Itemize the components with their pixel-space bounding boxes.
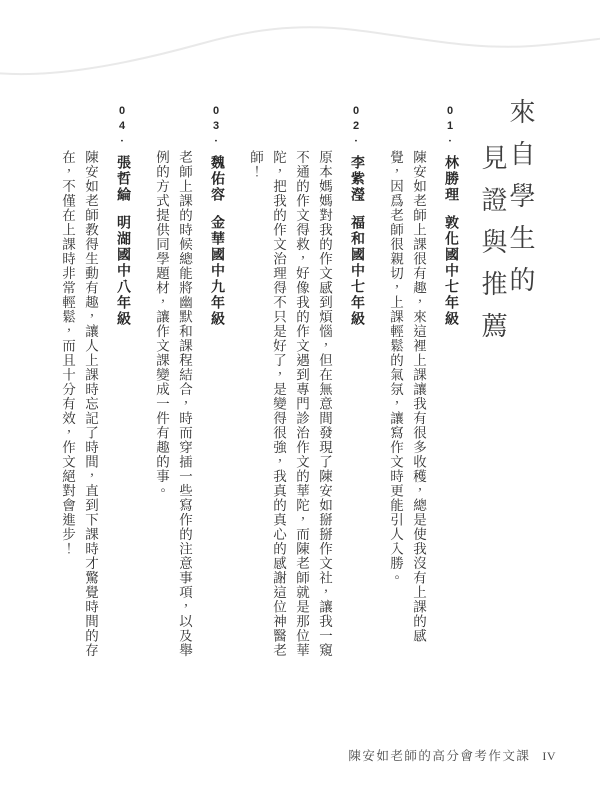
entry-01-header: 01·林勝理敦化國中七年級	[441, 105, 459, 740]
entry-01-separator: ·	[444, 135, 456, 149]
title-line-1: 來自學生的	[506, 98, 534, 740]
entry-04-header: 04·張哲綸明湖國中八年級	[113, 105, 131, 740]
entry-04-school: 明湖國中八年級	[113, 215, 131, 327]
entry-02-text: 原本媽媽對我的作文感到煩惱，但在無意間發現了陳安如掰掰作文社，讓我一窺不通的作文…	[244, 150, 336, 668]
entry-03-school: 金華國中九年級	[207, 215, 225, 327]
entry-01-school: 敦化國中七年級	[441, 215, 459, 327]
entry-02-number: 02	[350, 105, 362, 135]
testimonial-entry-01: 01·林勝理敦化國中七年級 陳安如老師上課很有趣，來這裡上課讓我有很多收穫，總是…	[384, 98, 459, 740]
entry-03-header: 03·魏佑容金華國中九年級	[207, 105, 225, 740]
title-line-2: 見證與推薦	[478, 144, 506, 740]
entry-04-text: 陳安如老師教得生動有趣，讓人上課時忘記了時間，直到下課時才驚覺時間的存在，不僅在…	[56, 150, 102, 668]
entry-02-name: 李紫瀅	[347, 155, 365, 203]
testimonial-entry-02: 02·李紫瀅福和國中七年級 原本媽媽對我的作文感到煩惱，但在無意間發現了陳安如掰…	[244, 98, 365, 740]
entry-03-name: 魏佑容	[207, 155, 225, 203]
footer-book-title: 陳安如老師的高分會考作文課	[348, 749, 530, 763]
entry-04-name: 張哲綸	[113, 155, 131, 203]
entry-02-school: 福和國中七年級	[347, 215, 365, 327]
entry-03-number: 03	[210, 105, 222, 135]
entry-01-text: 陳安如老師上課很有趣，來這裡上課讓我有很多收穫，總是使我沒有上課的感覺，因爲老師…	[384, 150, 430, 668]
page-content: 來自學生的 見證與推薦 01·林勝理敦化國中七年級 陳安如老師上課很有趣，來這裡…	[56, 98, 534, 740]
entry-02-header: 02·李紫瀅福和國中七年級	[347, 105, 365, 740]
book-page: { "title": { "line1": "來自學生的", "line2": …	[0, 0, 600, 812]
entry-04-separator: ·	[116, 135, 128, 149]
testimonial-entry-04: 04·張哲綸明湖國中八年級 陳安如老師教得生動有趣，讓人上課時忘記了時間，直到下…	[56, 98, 131, 740]
page-footer: 陳安如老師的高分會考作文課IV	[348, 746, 556, 764]
page-number: IV	[542, 749, 556, 764]
entry-02-separator: ·	[350, 135, 362, 149]
testimonial-entry-03: 03·魏佑容金華國中九年級 老師上課的時候總能將幽默和課程結合，時而穿插一些寫作…	[150, 98, 225, 740]
page-title: 來自學生的 見證與推薦	[478, 98, 534, 740]
entry-01-number: 01	[444, 105, 456, 135]
entry-04-number: 04	[116, 105, 128, 135]
entry-01-name: 林勝理	[441, 155, 459, 203]
entry-03-separator: ·	[210, 135, 222, 149]
entry-03-text: 老師上課的時候總能將幽默和課程結合，時而穿插一些寫作的注意事項，以及舉例的方式提…	[150, 150, 196, 668]
